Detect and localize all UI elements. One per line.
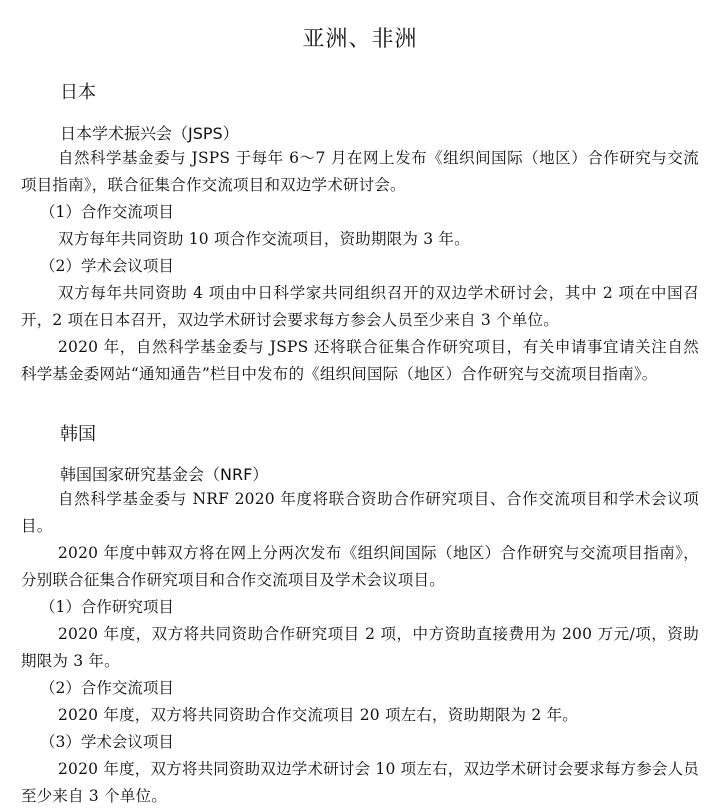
document-page: 亚洲、非洲 日本 日本学术振兴会（JSPS） 自然科学基金委与 JSPS 于每年… bbox=[0, 0, 720, 811]
paragraph: 自然科学基金委与 JSPS 于每年 6～7 月在网上发布《组织间国际（地区）合作… bbox=[21, 145, 699, 199]
subheading: （1）合作研究项目 bbox=[40, 594, 174, 621]
page-title: 亚洲、非洲 bbox=[0, 22, 720, 53]
paragraph: 2020 年度，双方将共同资助双边学术研讨会 10 项左右，双边学术研讨会要求每… bbox=[21, 756, 699, 810]
paragraph: 自然科学基金委与 NRF 2020 年度将联合资助合作研究项目、合作交流项目和学… bbox=[21, 486, 699, 540]
paragraph: 2020 年，自然科学基金委与 JSPS 还将联合征集合作研究项目，有关申请事宜… bbox=[21, 334, 699, 388]
paragraph: 2020 年度，双方将共同资助合作交流项目 20 项左右，资助期限为 2 年。 bbox=[21, 702, 699, 729]
paragraph: 2020 年度，双方将共同资助合作研究项目 2 项，中方资助直接费用为 200 … bbox=[21, 621, 699, 675]
org-heading-nrf: 韩国国家研究基金会（NRF） bbox=[60, 462, 268, 485]
paragraph: 2020 年度中韩双方将在网上分两次发布《组织间国际（地区）合作研究与交流项目指… bbox=[21, 540, 699, 594]
org-heading-jsps: 日本学术振兴会（JSPS） bbox=[60, 121, 239, 144]
paragraph: 双方每年共同资助 10 项合作交流项目，资助期限为 3 年。 bbox=[21, 226, 699, 253]
section-heading-korea: 韩国 bbox=[60, 420, 96, 446]
subheading: （2）合作交流项目 bbox=[40, 675, 174, 702]
section-heading-japan: 日本 bbox=[60, 78, 96, 104]
paragraph: 双方每年共同资助 4 项由中日科学家共同组织召开的双边学术研讨会，其中 2 项在… bbox=[21, 280, 699, 334]
subheading: （2）学术会议项目 bbox=[40, 253, 174, 280]
subheading: （1）合作交流项目 bbox=[40, 199, 174, 226]
subheading: （3）学术会议项目 bbox=[40, 729, 174, 756]
